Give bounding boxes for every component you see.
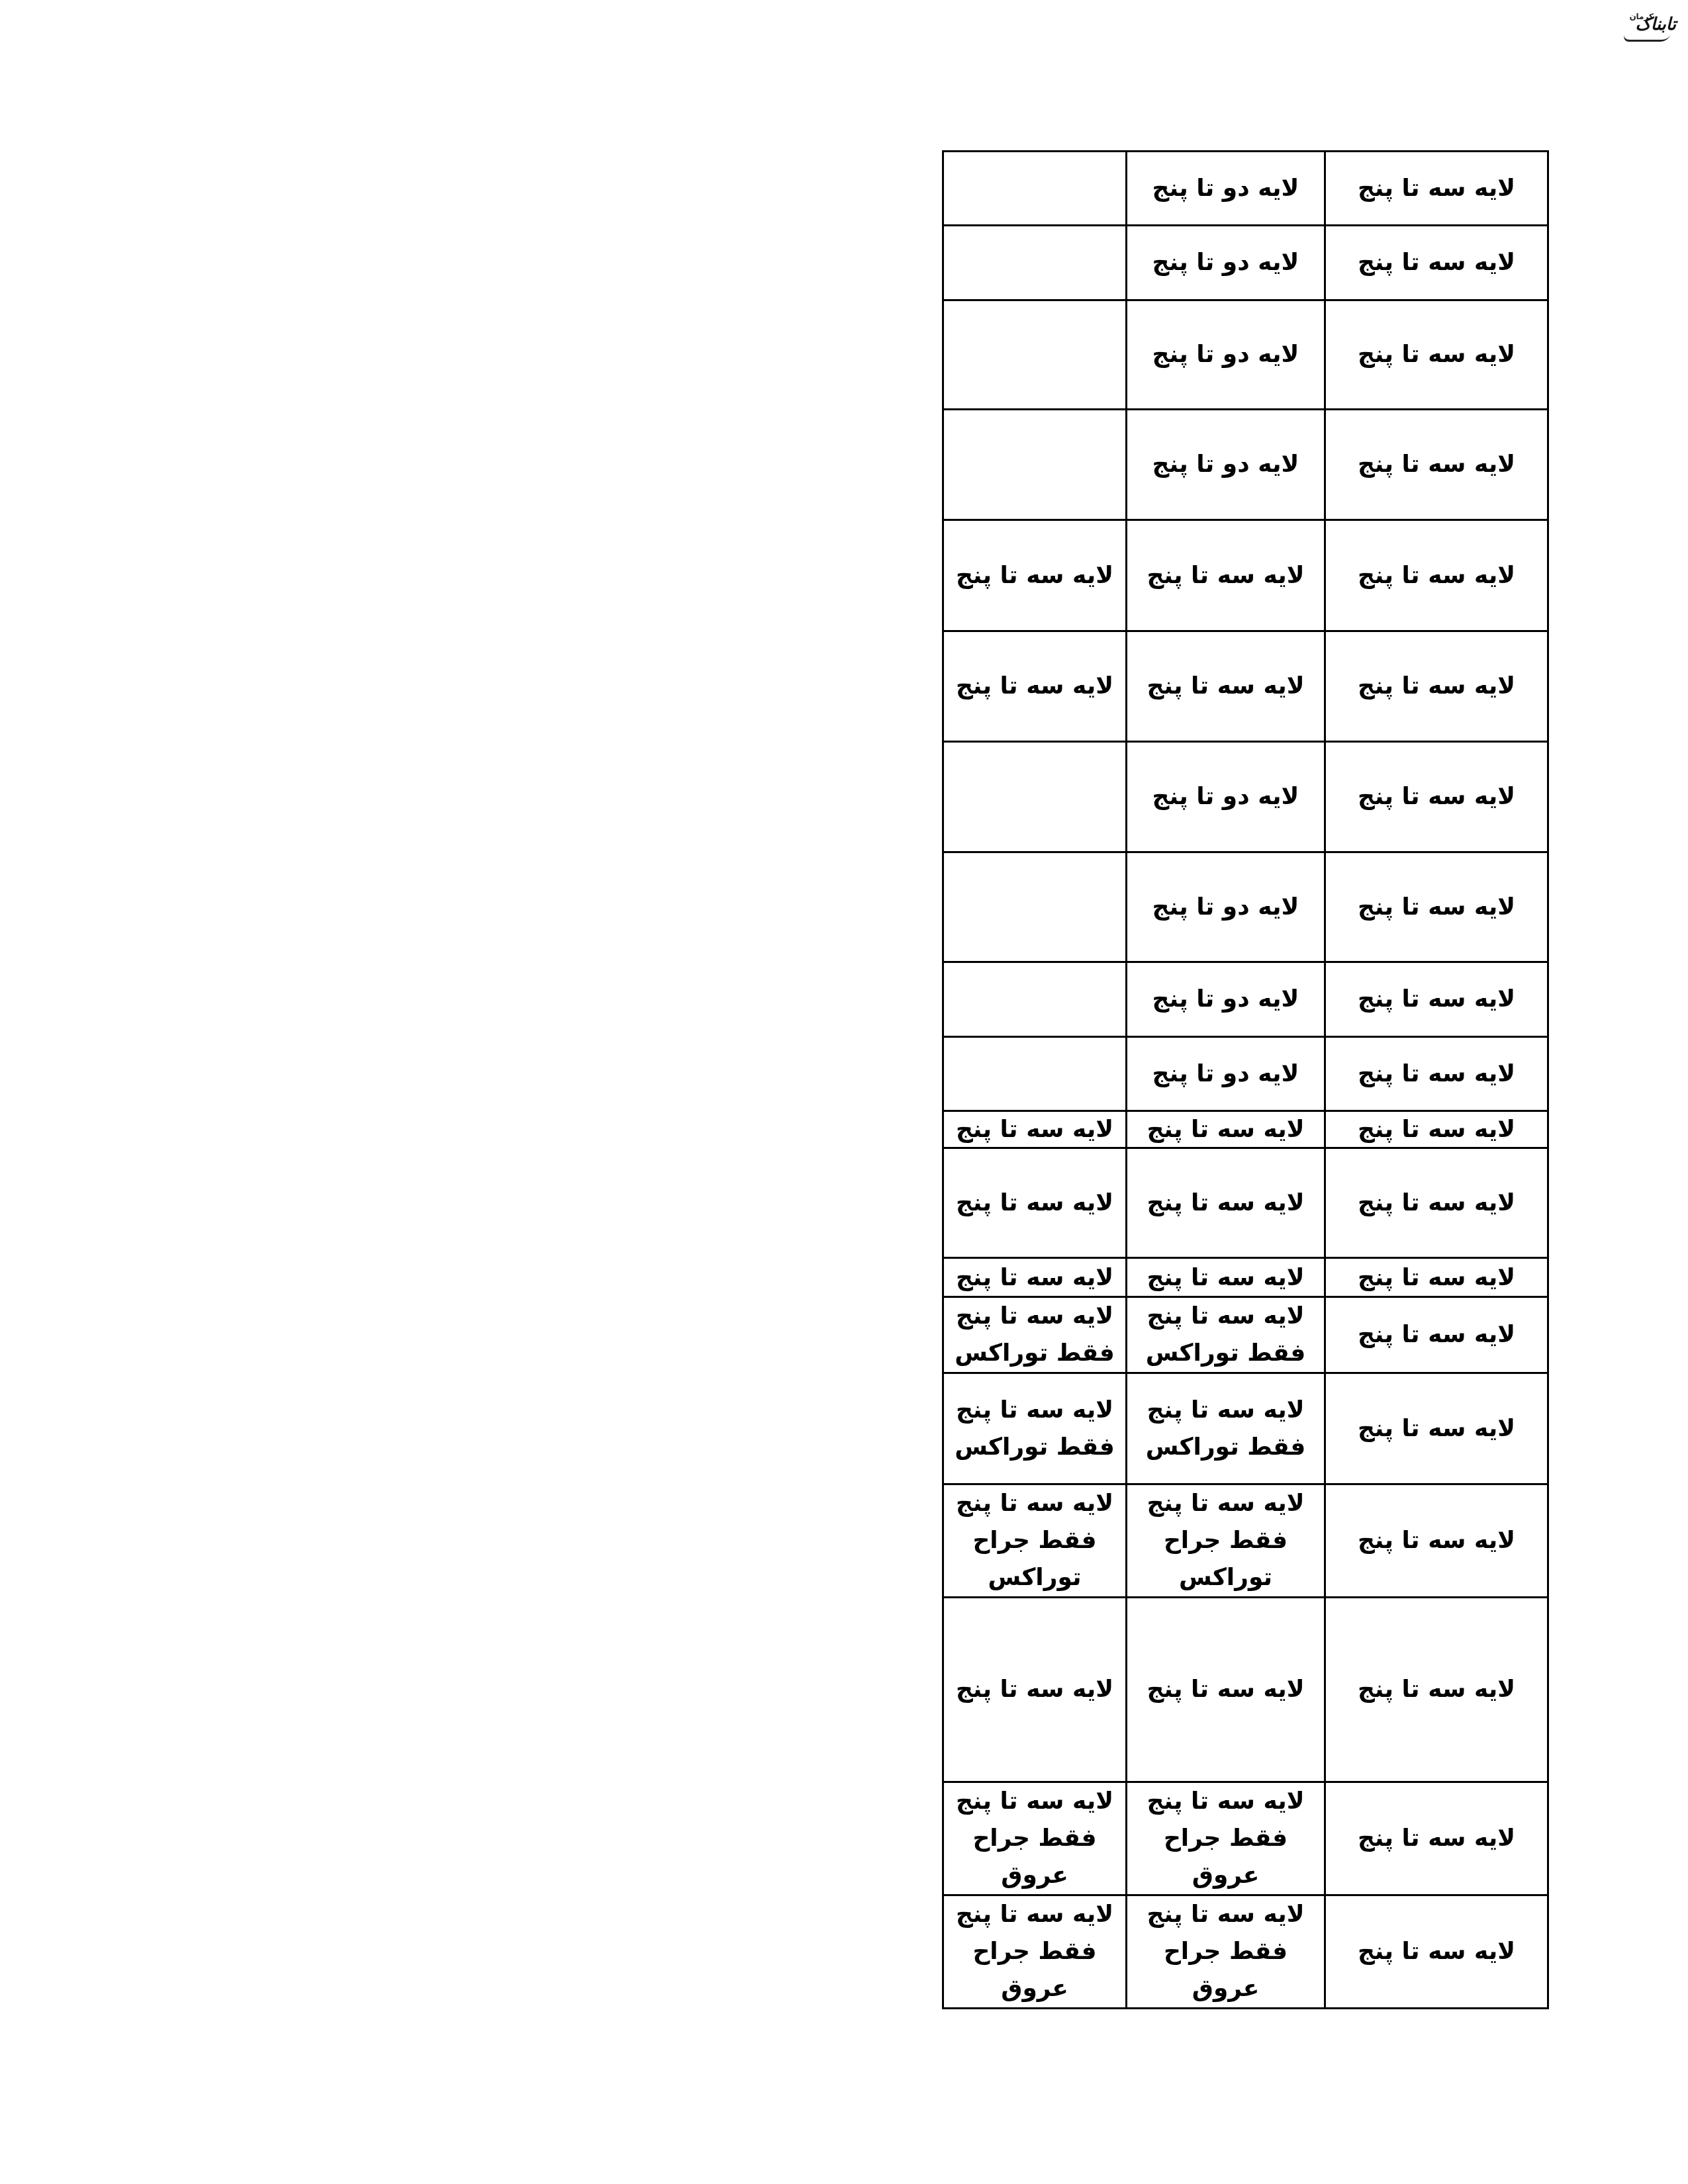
table-row: لایه سه تا پنجلایه دو تا پنج <box>943 1037 1548 1111</box>
layers-table: لایه سه تا پنجلایه دو تا پنجلایه سه تا پ… <box>942 150 1549 2009</box>
table-row: لایه سه تا پنجلایه دو تا پنج <box>943 152 1548 226</box>
table-cell: لایه سه تا پنج <box>943 631 1127 742</box>
logo-swash-icon <box>1622 34 1671 42</box>
table-cell: لایه دو تا پنج <box>1127 852 1325 962</box>
table-cell: لایه دو تا پنج <box>1127 962 1325 1037</box>
table-cell: لایه دو تا پنج <box>1127 742 1325 852</box>
table-cell: لایه سه تا پنج <box>1325 631 1548 742</box>
table-cell: لایه سه تا پنج <box>1325 1037 1548 1111</box>
table-cell: لایه سه تا پنج <box>1325 152 1548 226</box>
table-cell: لایه دو تا پنج <box>1127 410 1325 520</box>
table-cell: لایه دو تا پنج <box>1127 1037 1325 1111</box>
table-cell: لایه سه تا پنج فقط جراح عروق <box>943 1895 1127 2009</box>
table-row: لایه سه تا پنجلایه دو تا پنج <box>943 962 1548 1037</box>
table-row: لایه سه تا پنجلایه سه تا پنجلایه سه تا پ… <box>943 1148 1548 1258</box>
table-cell: لایه دو تا پنج <box>1127 300 1325 410</box>
table-row: لایه سه تا پنجلایه سه تا پنج فقط توراکسل… <box>943 1297 1548 1373</box>
table-cell: لایه سه تا پنج <box>1325 410 1548 520</box>
table-cell: لایه سه تا پنج <box>1325 1297 1548 1373</box>
table-cell: لایه سه تا پنج فقط جراح عروق <box>1127 1895 1325 2009</box>
site-logo: کرمان تابناک <box>1610 12 1676 44</box>
table-cell: لایه سه تا پنج <box>943 520 1127 631</box>
table-cell <box>943 1037 1127 1111</box>
table-cell: لایه سه تا پنج فقط جراح توراکس <box>1127 1484 1325 1598</box>
table-cell: لایه سه تا پنج فقط جراح عروق <box>1127 1782 1325 1895</box>
table-cell: لایه سه تا پنج <box>1325 1148 1548 1258</box>
table-cell: لایه سه تا پنج <box>1127 1111 1325 1148</box>
table-cell: لایه سه تا پنج <box>943 1111 1127 1148</box>
table-row: لایه سه تا پنجلایه سه تا پنج فقط جراح تو… <box>943 1484 1548 1598</box>
table-row: لایه سه تا پنجلایه سه تا پنجلایه سه تا پ… <box>943 520 1548 631</box>
table-cell: لایه سه تا پنج <box>1325 852 1548 962</box>
table-cell: لایه سه تا پنج فقط توراکس <box>943 1373 1127 1484</box>
table-row: لایه سه تا پنجلایه دو تا پنج <box>943 410 1548 520</box>
table-row: لایه سه تا پنجلایه دو تا پنج <box>943 300 1548 410</box>
table-cell: لایه دو تا پنج <box>1127 226 1325 300</box>
table-row: لایه سه تا پنجلایه سه تا پنجلایه سه تا پ… <box>943 1598 1548 1782</box>
table-cell: لایه سه تا پنج <box>1127 520 1325 631</box>
table-cell <box>943 852 1127 962</box>
table-cell: لایه سه تا پنج <box>1325 962 1548 1037</box>
table-row: لایه سه تا پنجلایه سه تا پنج فقط توراکسل… <box>943 1373 1548 1484</box>
table-cell: لایه سه تا پنج <box>1325 1111 1548 1148</box>
table-cell: لایه سه تا پنج <box>1325 1258 1548 1297</box>
table-cell: لایه سه تا پنج <box>943 1258 1127 1297</box>
table-row: لایه سه تا پنجلایه دو تا پنج <box>943 226 1548 300</box>
table-cell: لایه سه تا پنج <box>1127 1258 1325 1297</box>
table-cell: لایه سه تا پنج <box>1325 1895 1548 2009</box>
table-row: لایه سه تا پنجلایه سه تا پنجلایه سه تا پ… <box>943 1111 1548 1148</box>
table-cell <box>943 962 1127 1037</box>
table-cell <box>943 742 1127 852</box>
table-cell: لایه سه تا پنج <box>1325 300 1548 410</box>
layers-table-body: لایه سه تا پنجلایه دو تا پنجلایه سه تا پ… <box>943 152 1548 2009</box>
table-cell: لایه سه تا پنج <box>1325 742 1548 852</box>
table-cell: لایه سه تا پنج فقط توراکس <box>1127 1373 1325 1484</box>
table-cell: لایه سه تا پنج <box>1325 1373 1548 1484</box>
table-cell: لایه سه تا پنج فقط توراکس <box>1127 1297 1325 1373</box>
table-cell: لایه سه تا پنج فقط جراح توراکس <box>943 1484 1127 1598</box>
table-cell: لایه سه تا پنج <box>1325 1484 1548 1598</box>
table-row: لایه سه تا پنجلایه دو تا پنج <box>943 852 1548 962</box>
table-cell: لایه سه تا پنج <box>943 1148 1127 1258</box>
table-cell: لایه سه تا پنج <box>1325 1782 1548 1895</box>
table-row: لایه سه تا پنجلایه دو تا پنج <box>943 742 1548 852</box>
table-cell <box>943 226 1127 300</box>
table-cell: لایه سه تا پنج <box>1325 1598 1548 1782</box>
table-row: لایه سه تا پنجلایه سه تا پنج فقط جراح عر… <box>943 1895 1548 2009</box>
table-cell <box>943 152 1127 226</box>
table-cell: لایه سه تا پنج <box>1127 631 1325 742</box>
table-cell: لایه سه تا پنج <box>943 1598 1127 1782</box>
table-cell <box>943 410 1127 520</box>
table-row: لایه سه تا پنجلایه سه تا پنجلایه سه تا پ… <box>943 1258 1548 1297</box>
table-row: لایه سه تا پنجلایه سه تا پنجلایه سه تا پ… <box>943 631 1548 742</box>
table-cell: لایه دو تا پنج <box>1127 152 1325 226</box>
table-cell: لایه سه تا پنج <box>1127 1598 1325 1782</box>
logo-wordmark: تابناک <box>1636 15 1676 34</box>
table-cell: لایه سه تا پنج فقط توراکس <box>943 1297 1127 1373</box>
table-cell: لایه سه تا پنج <box>1127 1148 1325 1258</box>
table-cell <box>943 300 1127 410</box>
table-cell: لایه سه تا پنج <box>1325 520 1548 631</box>
table-cell: لایه سه تا پنج <box>1325 226 1548 300</box>
table-row: لایه سه تا پنجلایه سه تا پنج فقط جراح عر… <box>943 1782 1548 1895</box>
table-cell: لایه سه تا پنج فقط جراح عروق <box>943 1782 1127 1895</box>
